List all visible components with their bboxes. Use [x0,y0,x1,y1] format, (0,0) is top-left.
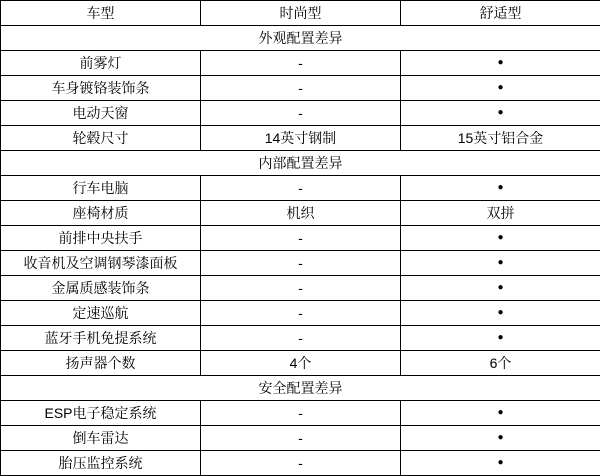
table-row: 前排中央扶手 - ● [1,226,600,251]
feature-name-cell: 前雾灯 [1,51,201,76]
value-cell: ● [401,51,600,76]
value-cell: 15英寸铝合金 [401,126,600,151]
value-cell: - [201,301,401,326]
feature-name-cell: 电动天窗 [1,101,201,126]
table-row: 行车电脑 - ● [1,176,600,201]
value-cell: - [201,176,401,201]
table-row: 车身镀铬装饰条 - ● [1,76,600,101]
table-row: 座椅材质 机织 双拼 [1,201,600,226]
feature-name-cell: 座椅材质 [1,201,201,226]
value-cell: - [201,326,401,351]
value-cell: - [201,426,401,451]
feature-name-cell: 倒车雷达 [1,426,201,451]
column-header-trim-shushi: 舒适型 [401,1,600,26]
table-row: ESP电子稳定系统 - ● [1,401,600,426]
feature-name-cell: 收音机及空调钢琴漆面板 [1,251,201,276]
value-cell: ● [401,426,600,451]
column-header-model: 车型 [1,1,201,26]
feature-name-cell: 扬声器个数 [1,351,201,376]
feature-name-cell: 定速巡航 [1,301,201,326]
table-row: 前雾灯 - ● [1,51,600,76]
section-title-safety: 安全配置差异 [1,376,600,401]
value-cell: 机织 [201,201,401,226]
table-row: 电动天窗 - ● [1,101,600,126]
section-header-row: 内部配置差异 [1,151,600,176]
feature-name-cell: 前排中央扶手 [1,226,201,251]
value-cell: ● [401,326,600,351]
section-header-row: 外观配置差异 [1,26,600,51]
section-title-exterior: 外观配置差异 [1,26,600,51]
value-cell: - [201,451,401,476]
value-cell: ● [401,251,600,276]
value-cell: 4个 [201,351,401,376]
value-cell: ● [401,176,600,201]
feature-name-cell: 胎压监控系统 [1,451,201,476]
value-cell: - [201,401,401,426]
section-header-row: 安全配置差异 [1,376,600,401]
value-cell: - [201,101,401,126]
feature-name-cell: 金属质感装饰条 [1,276,201,301]
feature-name-cell: 行车电脑 [1,176,201,201]
table-row: 蓝牙手机免提系统 - ● [1,326,600,351]
value-cell: - [201,251,401,276]
value-cell: ● [401,401,600,426]
value-cell: ● [401,76,600,101]
value-cell: ● [401,101,600,126]
value-cell: ● [401,276,600,301]
feature-name-cell: ESP电子稳定系统 [1,401,201,426]
table-row: 倒车雷达 - ● [1,426,600,451]
section-title-interior: 内部配置差异 [1,151,600,176]
feature-name-cell: 轮毂尺寸 [1,126,201,151]
table-row: 轮毂尺寸 14英寸钢制 15英寸铝合金 [1,126,600,151]
table-header-row: 车型 时尚型 舒适型 [1,1,600,26]
table-row: 定速巡航 - ● [1,301,600,326]
table-row: 金属质感装饰条 - ● [1,276,600,301]
feature-name-cell: 蓝牙手机免提系统 [1,326,201,351]
value-cell: - [201,276,401,301]
value-cell: 14英寸钢制 [201,126,401,151]
value-cell: 6个 [401,351,600,376]
value-cell: - [201,76,401,101]
table-row: 扬声器个数 4个 6个 [1,351,600,376]
value-cell: 双拼 [401,201,600,226]
car-trim-comparison-table: 车型 时尚型 舒适型 外观配置差异 前雾灯 - ● 车身镀铬装饰条 - ● 电动… [0,0,600,476]
feature-name-cell: 车身镀铬装饰条 [1,76,201,101]
table-row: 胎压监控系统 - ● [1,451,600,476]
column-header-trim-shishang: 时尚型 [201,1,401,26]
table-row: 收音机及空调钢琴漆面板 - ● [1,251,600,276]
value-cell: ● [401,451,600,476]
value-cell: - [201,226,401,251]
value-cell: ● [401,226,600,251]
value-cell: - [201,51,401,76]
value-cell: ● [401,301,600,326]
